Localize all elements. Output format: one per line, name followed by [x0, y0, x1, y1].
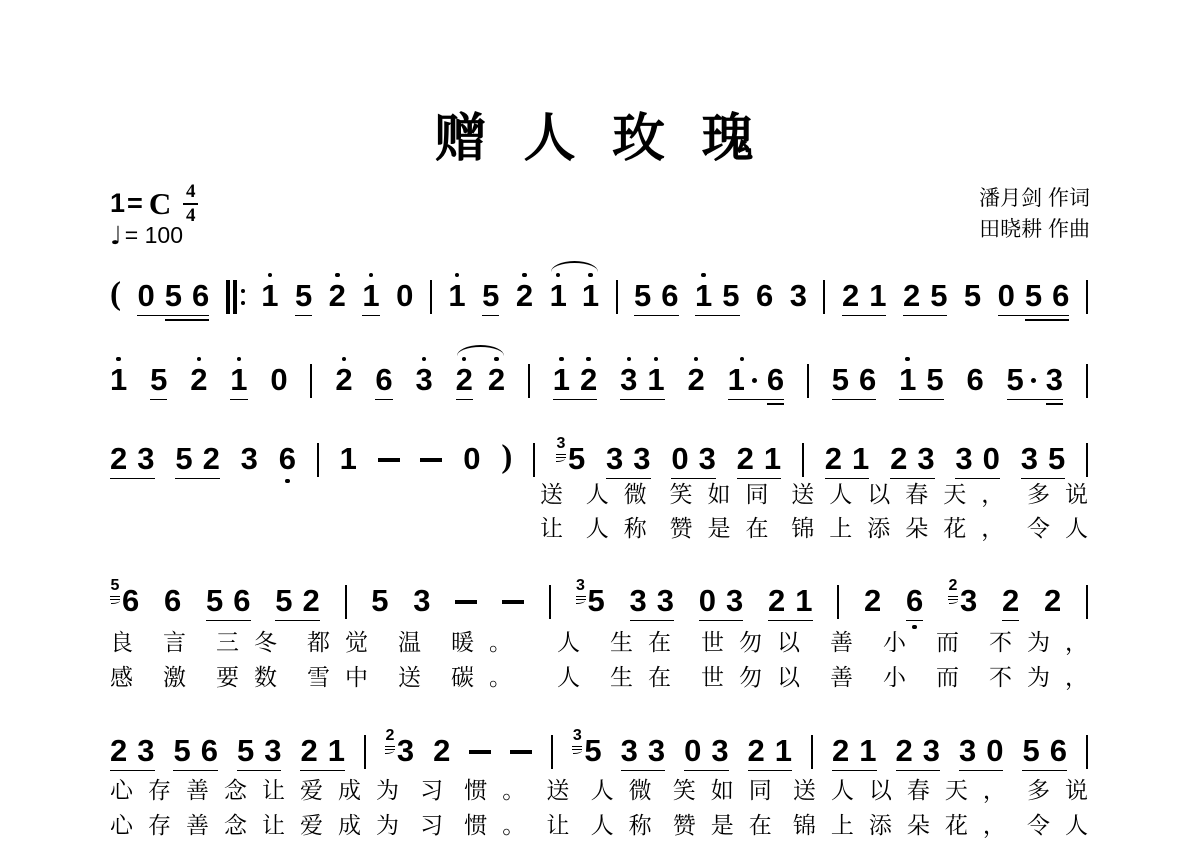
note-digit: 0	[137, 280, 154, 312]
digit-row: 5	[482, 280, 499, 312]
barline	[549, 585, 551, 619]
tempo-marking: ♩ = 100	[110, 221, 183, 250]
lyric-syllable: 世勿以	[701, 664, 815, 692]
note-digit: 6	[859, 364, 876, 396]
note: 56	[110, 573, 139, 617]
note-digit: 6	[122, 585, 139, 617]
note: 1	[328, 723, 345, 767]
beamed-group: 056	[998, 268, 1070, 321]
digit-row: 2	[903, 280, 920, 312]
note: 1	[550, 268, 567, 312]
digit-row: 1	[869, 280, 886, 312]
note: 3	[923, 723, 940, 767]
notation-line: 152102632212312165615653	[110, 352, 1088, 405]
digit-row: 35	[556, 443, 585, 475]
digit-row: 2	[110, 443, 127, 475]
digit-row: 6	[201, 735, 218, 767]
note: 1	[647, 352, 664, 396]
digit-row: 5	[275, 585, 292, 617]
note: 3	[264, 723, 281, 767]
note: 3	[711, 723, 728, 767]
note: 0	[983, 431, 1000, 475]
octave-dot	[335, 273, 340, 278]
note-digit: 0	[699, 585, 716, 617]
note: 3	[620, 352, 637, 396]
grace-slur	[385, 750, 394, 754]
barline	[802, 443, 804, 477]
note: 2	[303, 573, 320, 617]
beam-line	[206, 620, 251, 622]
lyric-syllable: 送	[540, 481, 578, 509]
note-digit: 1	[764, 443, 781, 475]
grace-slur	[573, 750, 582, 754]
note: 2	[300, 723, 317, 767]
grace-note: 3	[556, 436, 566, 462]
note-digit: 3	[726, 585, 743, 617]
note-digit: 0	[986, 735, 1003, 767]
note-digit: 1	[230, 364, 247, 396]
note: 0	[684, 723, 701, 767]
lyric-row: 感激要数雪中送碳。人生在世勿以善小而不为，	[110, 664, 1088, 692]
note: 1	[553, 352, 570, 396]
octave-dot	[241, 301, 245, 305]
beam-line	[899, 399, 944, 401]
beam-line	[1021, 478, 1066, 480]
note-digit: 3	[264, 735, 281, 767]
lyric-syllable: 让	[546, 812, 584, 840]
octave-dot	[586, 357, 591, 362]
octave-dot	[701, 273, 706, 278]
note: 2	[748, 723, 765, 767]
digit-row: 5	[930, 280, 947, 312]
digit-row: 3	[790, 280, 807, 312]
digit-row: 5	[1048, 443, 1065, 475]
octave-dot	[559, 357, 564, 362]
note-digit: 3	[620, 364, 637, 396]
note-digit: 3	[955, 443, 972, 475]
beamed-group: 56	[832, 352, 877, 400]
note: 5	[1048, 431, 1065, 475]
digit-row: 1	[899, 364, 916, 396]
note: 2	[903, 268, 920, 312]
beam-line	[110, 770, 155, 772]
beamed-group: 03	[699, 573, 744, 621]
digit-row: 6	[164, 585, 181, 617]
note-digit: 0	[998, 280, 1015, 312]
note-digit: 2	[1044, 585, 1061, 617]
lyricist-credit: 潘月剑 作词	[979, 183, 1090, 214]
lyric-syllable: 让	[540, 515, 578, 543]
digit-row: 1	[550, 280, 567, 312]
note-digit: 0	[983, 443, 1000, 475]
song-title: 赠 人 玫 瑰	[0, 96, 1200, 171]
digit-row: 5	[371, 585, 388, 617]
note: 2	[190, 352, 207, 396]
lyric-syllable: 言	[163, 629, 201, 657]
barline	[1086, 443, 1088, 477]
note-digit: 3	[711, 735, 728, 767]
digit-row: 2	[433, 735, 450, 767]
digit-row: 6	[192, 280, 209, 312]
beamed-group: 21	[748, 723, 793, 771]
beam-line	[767, 403, 784, 405]
note: 2	[687, 352, 704, 396]
duration-dash	[378, 458, 400, 462]
beamed-group: 21	[832, 723, 877, 771]
digit-row: 3	[241, 443, 258, 475]
lyric-syllable: 送	[398, 664, 436, 692]
note: 2	[433, 723, 450, 767]
note-digit: 5	[1007, 364, 1024, 396]
note-digit: 1	[899, 364, 916, 396]
note-digit: 5	[371, 585, 388, 617]
note-digit: 2	[110, 735, 127, 767]
beam-line	[237, 770, 282, 772]
lyric-syllable: 三冬	[216, 629, 292, 657]
note: 0	[137, 268, 154, 312]
note: 5	[634, 268, 651, 312]
note: 35	[576, 573, 605, 617]
note-digit: 2	[190, 364, 207, 396]
digit-row: 5	[175, 443, 192, 475]
lyric-syllable: 小	[883, 664, 921, 692]
note-digit: 5	[165, 280, 182, 312]
note-digit: 3	[648, 735, 665, 767]
note: 3	[413, 573, 430, 617]
barline	[551, 735, 553, 769]
beamed-group: 56	[173, 723, 218, 771]
grace-beam	[556, 454, 566, 455]
digit-row: 5	[722, 280, 739, 312]
barline	[317, 443, 319, 477]
digit-row: 1	[340, 443, 357, 475]
note: 0	[699, 573, 716, 617]
octave-dot	[369, 273, 374, 278]
note: 0	[671, 431, 688, 475]
note: 5	[175, 431, 192, 475]
note-digit: 0	[396, 280, 413, 312]
barline	[811, 735, 813, 769]
note: 1	[775, 723, 792, 767]
beam-line	[275, 620, 320, 622]
note-digit: 2	[832, 735, 849, 767]
beam-line	[832, 399, 877, 401]
grace-beam	[110, 596, 120, 597]
digit-row: 2	[687, 364, 704, 396]
note-digit: 5	[930, 280, 947, 312]
digit-row: 6	[375, 364, 392, 396]
duration-dash	[469, 750, 491, 754]
note-digit: 2	[842, 280, 859, 312]
note-digit: 3	[790, 280, 807, 312]
note: 2	[737, 431, 754, 475]
grace-slur	[949, 600, 958, 604]
note: 5	[295, 268, 312, 316]
barline	[837, 585, 839, 619]
grace-slur	[111, 600, 120, 604]
beam-line	[165, 319, 210, 321]
parenthesis: )	[501, 440, 512, 474]
note: 0	[270, 352, 287, 396]
digit-row: 2	[456, 364, 473, 396]
barline	[1086, 585, 1088, 619]
octave-dot	[241, 289, 245, 293]
digit-row: 2	[203, 443, 220, 475]
note: 5	[173, 723, 190, 767]
note-digit: 6	[966, 364, 983, 396]
note: 2	[1002, 573, 1019, 621]
beam-line	[137, 315, 209, 317]
beam-line	[825, 478, 870, 480]
lyric-syllable: 送人以春天，	[793, 777, 1021, 805]
digit-row: 2	[825, 443, 842, 475]
beam-line	[684, 770, 729, 772]
beamed-group: 30	[955, 431, 1000, 479]
lyric-syllable: 多说	[1027, 481, 1103, 509]
digit-row: 1	[859, 735, 876, 767]
lyric-syllable: 生在	[610, 629, 686, 657]
lyric-syllable: 笑如同	[673, 777, 787, 805]
digit-row: 0	[998, 280, 1015, 312]
note-digit: 3	[137, 443, 154, 475]
beamed-group: 25	[903, 268, 948, 316]
octave-dot	[740, 357, 745, 362]
note: 3	[790, 268, 807, 312]
beam-line	[998, 315, 1070, 317]
note: 6	[1052, 268, 1069, 312]
digit-row: 2	[580, 364, 597, 396]
beam-line	[959, 770, 1004, 772]
grace-beam	[576, 596, 586, 597]
lyric-syllable: 生在	[610, 664, 686, 692]
note-digit: 5	[1025, 280, 1042, 312]
note-digit: 5	[482, 280, 499, 312]
lyric-syllable: 善	[830, 629, 868, 657]
grace-note-digit: 3	[576, 578, 585, 594]
digit-row: 1	[852, 443, 869, 475]
digit-row: 5	[1007, 364, 1036, 396]
digit-row: 3	[1046, 364, 1063, 396]
note-digit: 5	[584, 735, 601, 767]
note-digit: 1	[795, 585, 812, 617]
lyric-syllable: 要数	[216, 664, 292, 692]
note-digit: 2	[300, 735, 317, 767]
note: 6	[233, 573, 250, 617]
note: 1	[795, 573, 812, 617]
octave-dot	[627, 357, 632, 362]
lyric-syllable: 送人以春天，	[791, 481, 1019, 509]
note-digit: 2	[737, 443, 754, 475]
grace-note: 2	[385, 728, 395, 754]
lyric-row: 心存善念让爱成为习惯。送人微笑如同送人以春天，多说	[110, 777, 1088, 805]
note: 3	[648, 723, 665, 767]
note: 3	[621, 723, 638, 767]
note-digit: 5	[173, 735, 190, 767]
note: 1	[859, 723, 876, 767]
beamed-group: 16	[728, 352, 785, 405]
notation-line: 56656525335330321262322	[110, 573, 1088, 633]
beam-line	[737, 478, 782, 480]
note: 2	[896, 723, 913, 767]
note-digit: 2	[433, 735, 450, 767]
note: 2	[842, 268, 859, 312]
digit-row: 3	[699, 443, 716, 475]
note-digit: 3	[137, 735, 154, 767]
digit-row: 3	[416, 364, 433, 396]
digit-row: 6	[1052, 280, 1069, 312]
note: 2	[488, 352, 505, 400]
note-digit: 5	[832, 364, 849, 396]
digit-row: 0	[137, 280, 154, 312]
note-digit: 3	[413, 585, 430, 617]
lyric-syllable: 世勿以	[701, 629, 815, 657]
digit-row: 5	[150, 364, 167, 396]
underline-beam	[1002, 620, 1019, 622]
beam-line	[748, 770, 793, 772]
digit-row: 3	[620, 364, 637, 396]
digit-row: 35	[572, 735, 601, 767]
digit-row: 6	[756, 280, 773, 312]
note-digit: 3	[606, 443, 623, 475]
beam-line	[842, 315, 887, 317]
note: 5	[275, 573, 292, 617]
octave-dot	[342, 357, 347, 362]
lyric-syllable: 暖。	[451, 629, 527, 657]
duration-dash	[510, 750, 532, 754]
note-digit: 1	[695, 280, 712, 312]
beam-line	[1022, 770, 1067, 772]
digit-row: 3	[137, 443, 154, 475]
digit-row: 1	[795, 585, 812, 617]
lyric-syllable: 心存善念让爱成为	[110, 777, 414, 805]
note: 2	[329, 268, 346, 312]
note-digit: 2	[329, 280, 346, 312]
lyric-syllable: 小	[883, 629, 921, 657]
repeat-sign	[226, 280, 245, 314]
beamed-group: 56	[206, 573, 251, 621]
digit-row: 1	[582, 280, 599, 312]
note-digit: 5	[588, 585, 605, 617]
lyric-syllable: 习	[420, 812, 458, 840]
note-digit: 1	[647, 364, 664, 396]
note-digit: 5	[1022, 735, 1039, 767]
digit-row: 2	[864, 585, 881, 617]
note-digit: 3	[959, 735, 976, 767]
digit-row: 2	[768, 585, 785, 617]
notation-line: 235653212323533032121233056	[110, 723, 1088, 771]
lyric-row: 送人微笑如同送人以春天，多说	[540, 481, 1088, 509]
note: 3	[726, 573, 743, 617]
digit-row: 2	[890, 443, 907, 475]
note: 6	[375, 352, 392, 400]
digit-row: 1	[448, 280, 465, 312]
barline	[823, 280, 825, 314]
note: 5	[930, 268, 947, 312]
note-digit: 3	[633, 443, 650, 475]
note-digit: 0	[684, 735, 701, 767]
digit-row: 35	[576, 585, 605, 617]
note-digit: 5	[926, 364, 943, 396]
note-digit: 5	[150, 364, 167, 396]
grace-note-digit: 3	[573, 728, 582, 744]
lyric-syllable: 惯。	[464, 812, 540, 840]
digit-row: 23	[948, 585, 977, 617]
digit-row: 3	[137, 735, 154, 767]
note: 2	[110, 431, 127, 475]
digit-row: 5	[1022, 735, 1039, 767]
digit-row: 6	[233, 585, 250, 617]
beamed-group: 56	[634, 268, 679, 316]
note-digit: 5	[175, 443, 192, 475]
underline-beam	[375, 399, 392, 401]
digit-row: 1	[261, 280, 278, 312]
note: 3	[630, 573, 647, 617]
digit-row: 1	[728, 364, 757, 396]
note: 2	[832, 723, 849, 767]
note: 3	[137, 431, 154, 475]
note: 1	[340, 431, 357, 475]
note-digit: 6	[375, 364, 392, 396]
note: 1	[869, 268, 886, 312]
octave-dot	[422, 357, 427, 362]
lyric-syllable: 感	[110, 664, 148, 692]
lyric-syllable: 令人	[1027, 812, 1103, 840]
note-digit: 1	[110, 364, 127, 396]
notation-line: 23523610)3533032121233035	[110, 431, 1088, 487]
duration-dash	[420, 458, 442, 462]
note: 6	[661, 268, 678, 312]
note-digit: 2	[110, 443, 127, 475]
sheet-music-page: 赠 人 玫 瑰 1 = C 4 4 ♩ = 100 潘月剑 作词 田晓耕 作曲 …	[0, 0, 1200, 850]
digit-row: 2	[896, 735, 913, 767]
beamed-group: 21	[737, 431, 782, 479]
note: 3	[137, 723, 154, 767]
lyric-syllable: 人	[557, 664, 595, 692]
digit-row: 5	[165, 280, 182, 312]
digit-row: 6	[767, 364, 784, 396]
note: 2	[825, 431, 842, 475]
beamed-group: 53	[1007, 352, 1064, 405]
grace-slur	[576, 600, 585, 604]
beamed-group: 33	[621, 723, 666, 771]
grace-note-digit: 3	[556, 436, 565, 452]
beam-line	[896, 770, 941, 772]
note: 3	[606, 431, 623, 475]
lyric-syllable: 笑如同	[670, 481, 784, 509]
octave-dot	[654, 357, 659, 362]
note-digit: 2	[303, 585, 320, 617]
digit-row: 1	[553, 364, 570, 396]
digit-row: 2	[737, 443, 754, 475]
digit-row: 3	[413, 585, 430, 617]
note: 1	[764, 431, 781, 475]
beam-line	[699, 620, 744, 622]
note-digit: 6	[756, 280, 773, 312]
tied-notes: 22	[456, 352, 506, 400]
note: 5	[964, 268, 981, 312]
digit-row: 6	[279, 443, 296, 475]
note: 6	[767, 352, 784, 396]
note-digit: 6	[164, 585, 181, 617]
augmentation-dot	[752, 378, 757, 383]
digit-row: 0	[396, 280, 413, 312]
beam-line	[955, 478, 1000, 480]
beam-line	[890, 478, 935, 480]
note-digit: 2	[687, 364, 704, 396]
barline	[1086, 280, 1088, 314]
note-digit: 1	[550, 280, 567, 312]
digit-row: 6	[661, 280, 678, 312]
